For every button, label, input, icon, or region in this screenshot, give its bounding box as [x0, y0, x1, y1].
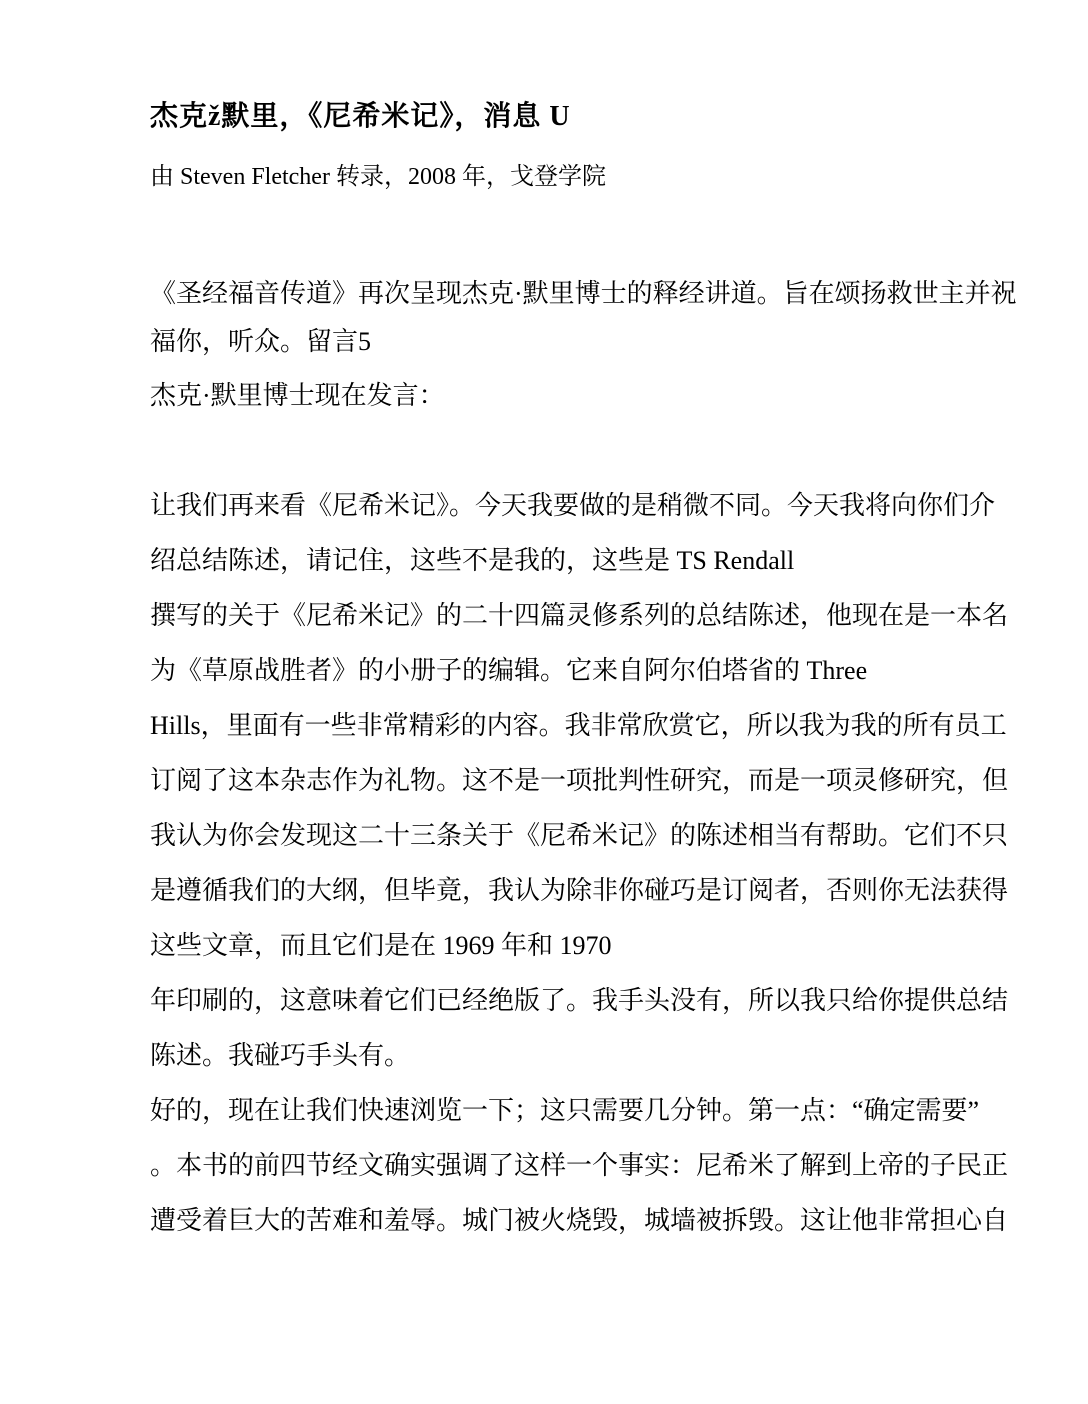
transcript-line: 。本书的前四节经文确实强调了这样一个事实：尼希米了解到上帝的子民正	[150, 1138, 938, 1193]
document-title: 杰克ž默里，《尼希米记》，消息 U	[150, 100, 938, 134]
transcript-line: 年印刷的，这意味着它们已经绝版了。我手头没有，所以我只给你提供总结	[150, 973, 938, 1028]
transcript-line: 我认为你会发现这二十三条关于《尼希米记》的陈述相当有帮助。它们不只	[150, 808, 938, 863]
intro-line: 《圣经福音传道》再次呈现杰克·默里博士的释经讲道。旨在颂扬救世主并祝	[150, 270, 938, 318]
transcript-line: 订阅了这本杂志作为礼物。这不是一项批判性研究，而是一项灵修研究，但	[150, 753, 938, 808]
transcript-line: 是遵循我们的大纲，但毕竟，我认为除非你碰巧是订阅者，否则你无法获得	[150, 863, 938, 918]
transcript-line: 好的，现在让我们快速浏览一下；这只需要几分钟。第一点：“确定需要”	[150, 1083, 938, 1138]
transcript-line: Hills，里面有一些非常精彩的内容。我非常欣赏它，所以我为我的所有员工	[150, 698, 938, 753]
transcription-byline: 由 Steven Fletcher 转录，2008 年，戈登学院	[150, 162, 938, 192]
speaker-announcement-line: 杰克·默里博士现在发言：	[150, 372, 938, 420]
transcript-line: 绍总结陈述，请记住，这些不是我的，这些是 TS Rendall	[150, 533, 938, 588]
transcript-line: 陈述。我碰巧手头有。	[150, 1028, 938, 1083]
transcript-line: 这些文章，而且它们是在 1969 年和 1970	[150, 918, 938, 973]
intro-paragraph: 《圣经福音传道》再次呈现杰克·默里博士的释经讲道。旨在颂扬救世主并祝 福你，听众…	[150, 270, 938, 366]
document-page: 杰克ž默里，《尼希米记》，消息 U 由 Steven Fletcher 转录，2…	[0, 0, 1088, 1404]
intro-line: 福你，听众。留言5	[150, 318, 938, 366]
transcript-line: 为《草原战胜者》的小册子的编辑。它来自阿尔伯塔省的 Three	[150, 643, 938, 698]
transcript-line: 撰写的关于《尼希米记》的二十四篇灵修系列的总结陈述，他现在是一本名	[150, 588, 938, 643]
transcript-line: 遭受着巨大的苦难和羞辱。城门被火烧毁，城墙被拆毁。这让他非常担心自	[150, 1193, 938, 1248]
transcript-body: 让我们再来看《尼希米记》。今天我要做的是稍微不同。今天我将向你们介 绍总结陈述，…	[150, 478, 938, 1248]
transcript-line: 让我们再来看《尼希米记》。今天我要做的是稍微不同。今天我将向你们介	[150, 478, 938, 533]
